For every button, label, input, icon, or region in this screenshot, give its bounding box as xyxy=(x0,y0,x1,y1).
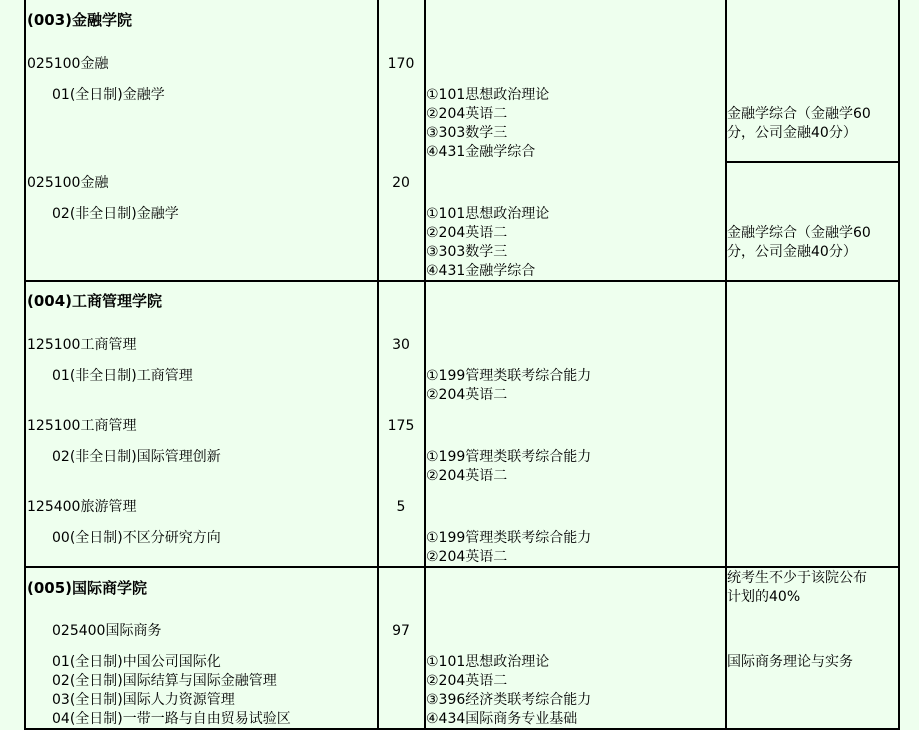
admissions-catalog-table: (003)金融学院 025100金融 170 01(全日制)金融学 ①101思想… xyxy=(0,0,919,730)
exam-subjects: ①101思想政治理论 ②204英语二 ③303数学三 ④431金融学综合 xyxy=(426,205,549,281)
remark-line: 统考生不少于该院公布 xyxy=(727,569,867,588)
exam-subject: ②204英语二 xyxy=(426,105,549,124)
column-divider-quota xyxy=(377,0,379,730)
table-border-right xyxy=(898,0,900,730)
exam-subject: ②204英语二 xyxy=(426,548,591,567)
exam-subject: ①199管理类联考综合能力 xyxy=(426,448,591,467)
quota-value: 175 xyxy=(378,417,424,436)
exam-subject: ①101思想政治理论 xyxy=(426,653,591,672)
exam-subjects: ①199管理类联考综合能力 ②204英语二 xyxy=(426,367,591,405)
research-direction: 01(非全日制)工商管理 xyxy=(52,367,193,386)
quota-value: 20 xyxy=(378,174,424,193)
research-direction: 02(非全日制)国际管理创新 xyxy=(52,448,221,467)
quota-value: 5 xyxy=(378,498,424,517)
exam-subject: ①101思想政治理论 xyxy=(426,86,549,105)
exam-subject: ③396经济类联考综合能力 xyxy=(426,691,591,710)
table-border-left xyxy=(24,0,26,730)
major-name: 125400旅游管理 xyxy=(27,498,136,517)
exam-subject: ②204英语二 xyxy=(426,386,591,405)
major-name: 125100工商管理 xyxy=(27,336,136,355)
school-remark: 统考生不少于该院公布 计划的40% xyxy=(727,569,867,607)
research-direction: 04(全日制)一带一路与自由贸易试验区 xyxy=(52,710,291,729)
research-direction: 00(全日制)不区分研究方向 xyxy=(52,529,221,548)
remark-text: 金融学综合（金融学60 分，公司金融40分） xyxy=(727,224,871,262)
research-direction: 03(全日制)国际人力资源管理 xyxy=(52,691,291,710)
research-direction: 02(非全日制)金融学 xyxy=(52,205,179,224)
remark-line: 分，公司金融40分） xyxy=(727,124,871,143)
major-name: 025100金融 xyxy=(27,55,108,74)
exam-subject: ②204英语二 xyxy=(426,224,549,243)
research-direction: 01(全日制)金融学 xyxy=(52,86,165,105)
major-name: 125100工商管理 xyxy=(27,417,136,436)
remark-text: 金融学综合（金融学60 分，公司金融40分） xyxy=(727,105,871,143)
exam-subjects: ①101思想政治理论 ②204英语二 ③303数学三 ④431金融学综合 xyxy=(426,86,549,162)
remark-text: 国际商务理论与实务 xyxy=(727,653,853,672)
school-title: (003)金融学院 xyxy=(27,11,132,30)
exam-subject: ③303数学三 xyxy=(426,124,549,143)
remark-cell-divider xyxy=(725,161,900,163)
exam-subject: ③303数学三 xyxy=(426,243,549,262)
quota-value: 30 xyxy=(378,336,424,355)
exam-subject: ②204英语二 xyxy=(426,672,591,691)
research-direction: 01(全日制)中国公司国际化 xyxy=(52,653,291,672)
quota-value: 170 xyxy=(378,55,424,74)
research-directions: 01(全日制)中国公司国际化 02(全日制)国际结算与国际金融管理 03(全日制… xyxy=(52,653,291,729)
exam-subjects: ①199管理类联考综合能力 ②204英语二 xyxy=(426,529,591,567)
exam-subject: ①199管理类联考综合能力 xyxy=(426,529,591,548)
exam-subjects: ①101思想政治理论 ②204英语二 ③396经济类联考综合能力 ④434国际商… xyxy=(426,653,591,729)
remark-line: 分，公司金融40分） xyxy=(727,243,871,262)
exam-subject: ④434国际商务专业基础 xyxy=(426,710,591,729)
research-direction: 02(全日制)国际结算与国际金融管理 xyxy=(52,672,291,691)
exam-subject: ②204英语二 xyxy=(426,467,591,486)
exam-subject: ④431金融学综合 xyxy=(426,143,549,162)
school-title: (004)工商管理学院 xyxy=(27,292,162,311)
exam-subjects: ①199管理类联考综合能力 ②204英语二 xyxy=(426,448,591,486)
school-title: (005)国际商学院 xyxy=(27,579,147,598)
exam-subject: ④431金融学综合 xyxy=(426,262,549,281)
major-name: 025100金融 xyxy=(27,174,108,193)
major-name: 025400国际商务 xyxy=(52,622,161,641)
quota-value: 97 xyxy=(378,622,424,641)
remark-line: 金融学综合（金融学60 xyxy=(727,224,871,243)
exam-subject: ①199管理类联考综合能力 xyxy=(426,367,591,386)
exam-subject: ①101思想政治理论 xyxy=(426,205,549,224)
remark-line: 计划的40% xyxy=(727,588,867,607)
remark-line: 金融学综合（金融学60 xyxy=(727,105,871,124)
remark-line: 国际商务理论与实务 xyxy=(727,653,853,672)
